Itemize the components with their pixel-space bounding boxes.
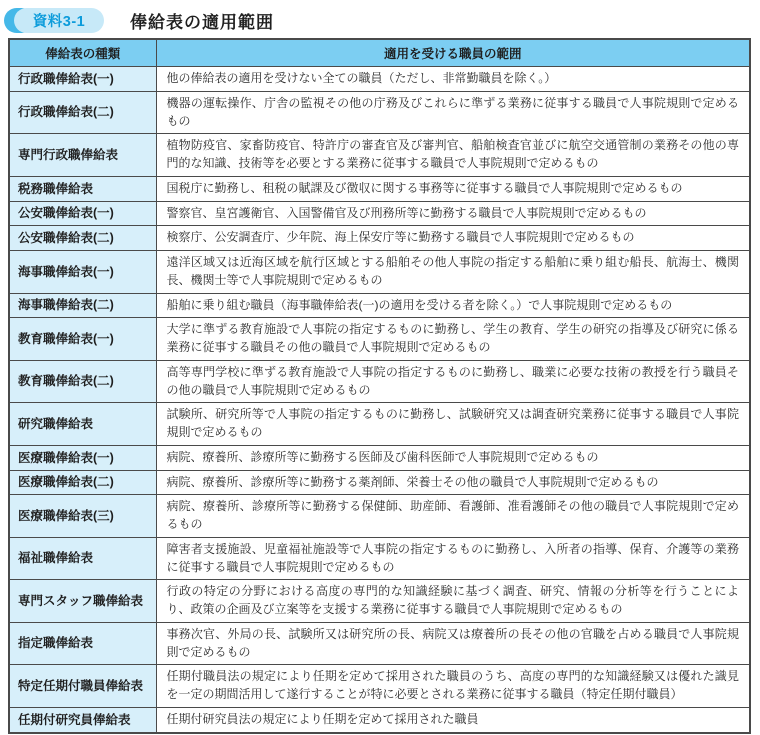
row-label-type: 専門行政職俸給表 — [9, 134, 156, 177]
row-label-type: 任期付研究員俸給表 — [9, 707, 156, 732]
table-row: 指定職俸給表 事務次官、外局の長、試験所又は研究所の長、病院又は療養所の長その他… — [9, 622, 750, 665]
table-row: 医療職俸給表(三) 病院、療養所、診療所等に勤務する保健師、助産師、看護師、准看… — [9, 495, 750, 538]
row-label-type: 海事職俸給表(二) — [9, 293, 156, 318]
table-row: 公安職俸給表(一) 警察官、皇宮護衛官、入国警備官及び刑務所等に勤務する職員で人… — [9, 201, 750, 226]
row-label-type: 医療職俸給表(三) — [9, 495, 156, 538]
table-row: 行政職俸給表(二) 機器の運転操作、庁舎の監視その他の庁務及びこれらに準ずる業務… — [9, 91, 750, 134]
row-scope-text: 警察官、皇宮護衛官、入国警備官及び刑務所等に勤務する職員で人事院規則で定めるもの — [156, 201, 750, 226]
table-row: 海事職俸給表(二) 船舶に乗り組む職員（海事職俸給表(一)の適用を受ける者を除く… — [9, 293, 750, 318]
table-row: 専門スタッフ職俸給表 行政の特定の分野における高度の専門的な知識経験に基づく調査… — [9, 580, 750, 623]
row-scope-text: 機器の運転操作、庁舎の監視その他の庁務及びこれらに準ずる業務に従事する職員で人事… — [156, 91, 750, 134]
table-row: 特定任期付職員俸給表 任期付職員法の規定により任期を定めて採用された職員のうち、… — [9, 665, 750, 708]
row-scope-text: 船舶に乗り組む職員（海事職俸給表(一)の適用を受ける者を除く。）で人事院規則で定… — [156, 293, 750, 318]
row-scope-text: 植物防疫官、家畜防疫官、特許庁の審査官及び審判官、船舶検査官並びに航空交通管制の… — [156, 134, 750, 177]
row-scope-text: 事務次官、外局の長、試験所又は研究所の長、病院又は療養所の長その他の官職を占める… — [156, 622, 750, 665]
row-scope-text: 検察庁、公安調査庁、少年院、海上保安庁等に勤務する職員で人事院規則で定めるもの — [156, 226, 750, 251]
material-number-badge: 資料3-1 — [4, 8, 104, 33]
row-scope-text: 遠洋区域又は近海区域を航行区域とする船舶その他人事院の指定する船舶に乗り組む船長… — [156, 251, 750, 294]
row-label-type: 指定職俸給表 — [9, 622, 156, 665]
table-row: 公安職俸給表(二) 検察庁、公安調査庁、少年院、海上保安庁等に勤務する職員で人事… — [9, 226, 750, 251]
row-label-type: 公安職俸給表(一) — [9, 201, 156, 226]
row-scope-text: 他の俸給表の適用を受けない全ての職員（ただし、非常勤職員を除く。） — [156, 67, 750, 92]
row-label-type: 行政職俸給表(一) — [9, 67, 156, 92]
table-row: 医療職俸給表(一) 病院、療養所、診療所等に勤務する医師及び歯科医師で人事院規則… — [9, 445, 750, 470]
table-row: 研究職俸給表 試験所、研究所等で人事院の指定するものに勤務し、試験研究又は調査研… — [9, 403, 750, 446]
table-row: 行政職俸給表(一) 他の俸給表の適用を受けない全ての職員（ただし、非常勤職員を除… — [9, 67, 750, 92]
table-row: 税務職俸給表 国税庁に勤務し、租税の賦課及び徴収に関する事務等に従事する職員で人… — [9, 176, 750, 201]
row-label-type: 福祉職俸給表 — [9, 537, 156, 580]
row-label-type: 税務職俸給表 — [9, 176, 156, 201]
row-scope-text: 病院、療養所、診療所等に勤務する保健師、助産師、看護師、准看護師その他の職員で人… — [156, 495, 750, 538]
table-body: 行政職俸給表(一) 他の俸給表の適用を受けない全ての職員（ただし、非常勤職員を除… — [9, 67, 750, 733]
table-row: 任期付研究員俸給表 任期付研究員法の規定により任期を定めて採用された職員 — [9, 707, 750, 732]
salary-schedule-table: 俸給表の種類 適用を受ける職員の範囲 行政職俸給表(一) 他の俸給表の適用を受け… — [8, 38, 751, 734]
table-row: 福祉職俸給表 障害者支援施設、児童福祉施設等で人事院の指定するものに勤務し、入所… — [9, 537, 750, 580]
table-row: 教育職俸給表(一) 大学に準ずる教育施設で人事院の指定するものに勤務し、学生の教… — [9, 318, 750, 361]
row-label-type: 特定任期付職員俸給表 — [9, 665, 156, 708]
row-scope-text: 任期付職員法の規定により任期を定めて採用された職員のうち、高度の専門的な知識経験… — [156, 665, 750, 708]
row-label-type: 海事職俸給表(一) — [9, 251, 156, 294]
row-label-type: 研究職俸給表 — [9, 403, 156, 446]
row-scope-text: 病院、療養所、診療所等に勤務する薬剤師、栄養士その他の職員で人事院規則で定めるも… — [156, 470, 750, 495]
row-label-type: 行政職俸給表(二) — [9, 91, 156, 134]
document-header: 資料3-1 俸給表の適用範囲 — [0, 0, 760, 34]
row-label-type: 医療職俸給表(二) — [9, 470, 156, 495]
table-row: 教育職俸給表(二) 高等専門学校に準ずる教育施設で人事院の指定するものに勤務し、… — [9, 360, 750, 403]
badge-label: 資料3-1 — [14, 8, 104, 33]
row-label-type: 公安職俸給表(二) — [9, 226, 156, 251]
row-scope-text: 病院、療養所、診療所等に勤務する医師及び歯科医師で人事院規則で定めるもの — [156, 445, 750, 470]
row-scope-text: 障害者支援施設、児童福祉施設等で人事院の指定するものに勤務し、入所者の指導、保育… — [156, 537, 750, 580]
column-header-type: 俸給表の種類 — [9, 39, 156, 67]
row-scope-text: 試験所、研究所等で人事院の指定するものに勤務し、試験研究又は調査研究業務に従事す… — [156, 403, 750, 446]
page-title: 俸給表の適用範囲 — [130, 8, 274, 33]
row-scope-text: 国税庁に勤務し、租税の賦課及び徴収に関する事務等に従事する職員で人事院規則で定め… — [156, 176, 750, 201]
table-row: 医療職俸給表(二) 病院、療養所、診療所等に勤務する薬剤師、栄養士その他の職員で… — [9, 470, 750, 495]
row-label-type: 医療職俸給表(一) — [9, 445, 156, 470]
row-scope-text: 任期付研究員法の規定により任期を定めて採用された職員 — [156, 707, 750, 732]
row-scope-text: 大学に準ずる教育施設で人事院の指定するものに勤務し、学生の教育、学生の研究の指導… — [156, 318, 750, 361]
row-label-type: 専門スタッフ職俸給表 — [9, 580, 156, 623]
row-label-type: 教育職俸給表(二) — [9, 360, 156, 403]
table-row: 専門行政職俸給表 植物防疫官、家畜防疫官、特許庁の審査官及び審判官、船舶検査官並… — [9, 134, 750, 177]
table-header-row: 俸給表の種類 適用を受ける職員の範囲 — [9, 39, 750, 67]
table-row: 海事職俸給表(一) 遠洋区域又は近海区域を航行区域とする船舶その他人事院の指定す… — [9, 251, 750, 294]
document-page: 資料3-1 俸給表の適用範囲 俸給表の種類 適用を受ける職員の範囲 行政職俸給表… — [0, 0, 760, 735]
row-scope-text: 行政の特定の分野における高度の専門的な知識経験に基づく調査、研究、情報の分析等を… — [156, 580, 750, 623]
column-header-scope: 適用を受ける職員の範囲 — [156, 39, 750, 67]
row-label-type: 教育職俸給表(一) — [9, 318, 156, 361]
row-scope-text: 高等専門学校に準ずる教育施設で人事院の指定するものに勤務し、職業に必要な技術の教… — [156, 360, 750, 403]
